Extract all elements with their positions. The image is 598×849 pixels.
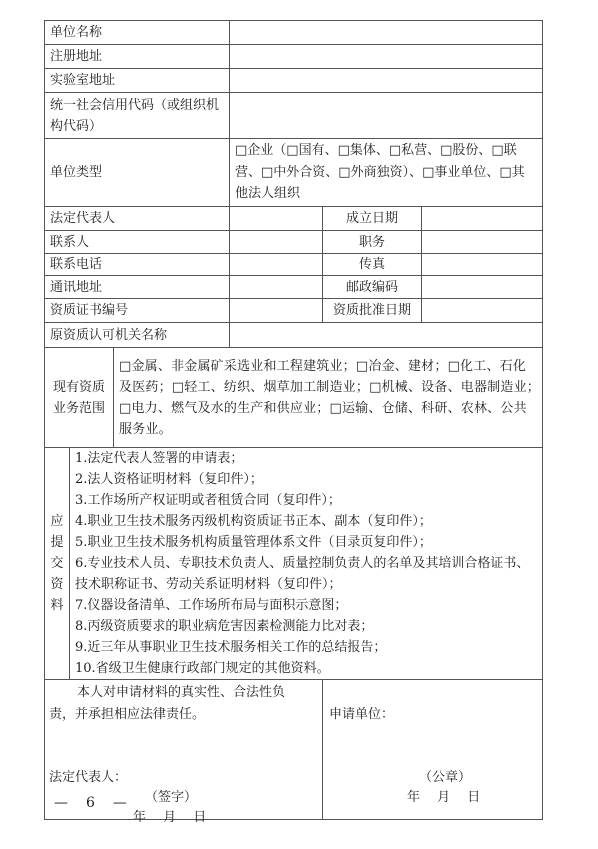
date-right: 年 月 日 bbox=[407, 787, 480, 808]
material-item: 2.法人资格证明材料（复印件）； bbox=[75, 469, 537, 490]
application-form-table: 单位名称 注册地址 实验室地址 统一社会信用代码（或组织机 构代码） 单位类型 … bbox=[44, 20, 543, 820]
materials-label-char: 料 bbox=[50, 595, 64, 616]
materials-label-char: 提 bbox=[50, 532, 64, 553]
field-legal-rep[interactable] bbox=[230, 207, 323, 231]
materials-label-char: 应 bbox=[50, 511, 64, 532]
sign-note: （签字） bbox=[145, 787, 197, 808]
label-cert-no: 资质证书编号 bbox=[45, 299, 230, 323]
material-item: 1.法定代表人签署的申请表； bbox=[75, 448, 537, 469]
page-number: — 6 — bbox=[54, 792, 129, 812]
unit-type-options[interactable]: □企业（□国有、□集体、□私营、□股份、□联 营、□中外合资、□外商独资）、□事… bbox=[230, 139, 543, 207]
materials-label-char: 资 bbox=[50, 574, 64, 595]
credit-code-line-2: 构代码） bbox=[50, 116, 224, 137]
label-reg-address: 注册地址 bbox=[45, 45, 230, 69]
field-lab-address[interactable] bbox=[230, 69, 543, 93]
material-item: 3.工作场所产权证明或者租赁合同（复印件）； bbox=[75, 490, 537, 511]
material-item: 5.职业卫生技术服务机构质量管理体系文件（目录页复印件）； bbox=[75, 532, 537, 553]
applicant-unit-label: 申请单位： bbox=[329, 704, 394, 725]
applicant-unit-seal[interactable]: 申请单位： （公章） 年 月 日 bbox=[323, 680, 543, 820]
legal-rep-signature-label: 法定代表人： bbox=[49, 767, 127, 788]
field-orig-authority[interactable] bbox=[230, 323, 543, 348]
unit-type-line-1[interactable]: □企业（□国有、□集体、□私营、□股份、□联 bbox=[235, 140, 537, 162]
field-unit-name[interactable] bbox=[230, 21, 543, 45]
label-required-materials: 应 提 交 资 料 bbox=[45, 448, 70, 680]
material-item: 8.丙级资质要求的职业病危害因素检测能力比对表； bbox=[75, 616, 537, 637]
label-fax: 传真 bbox=[323, 254, 422, 276]
label-lab-address: 实验室地址 bbox=[45, 69, 230, 93]
label-unit-name: 单位名称 bbox=[45, 21, 230, 45]
declaration-line-1: 本人对申请材料的真实性、合法性负 bbox=[77, 682, 285, 703]
field-position[interactable] bbox=[422, 231, 543, 254]
field-reg-address[interactable] bbox=[230, 45, 543, 69]
scope-label-line-1: 现有资质 bbox=[45, 377, 113, 398]
label-credit-code: 统一社会信用代码（或组织机 构代码） bbox=[45, 93, 230, 139]
label-phone: 联系电话 bbox=[45, 254, 230, 276]
field-mail-address[interactable] bbox=[230, 276, 323, 299]
label-legal-rep: 法定代表人 bbox=[45, 207, 230, 231]
field-credit-code[interactable] bbox=[230, 93, 543, 139]
material-item: 10.省级卫生健康行政部门规定的其他资料。 bbox=[75, 658, 537, 679]
unit-type-line-2[interactable]: 营、□中外合资、□外商独资）、□事业单位、□其 bbox=[235, 162, 537, 184]
material-item: 7.仪器设备清单、工作场所布局与面积示意图； bbox=[75, 595, 537, 616]
scope-line[interactable]: □电力、燃气及水的生产和供应业；□运输、仓储、科研、农林、公共 bbox=[119, 398, 537, 419]
material-item: 6.专业技术人员、专职技术负责人、质量控制负责人的名单及其培训合格证书、 bbox=[75, 553, 537, 574]
field-postcode[interactable] bbox=[422, 276, 543, 299]
label-position: 职务 bbox=[323, 231, 422, 254]
label-cert-date: 资质批准日期 bbox=[323, 299, 422, 323]
field-fax[interactable] bbox=[422, 254, 543, 276]
field-cert-date[interactable] bbox=[422, 299, 543, 323]
material-item: 4.职业卫生技术服务丙级机构资质证书正本、副本（复印件）； bbox=[75, 511, 537, 532]
field-contact[interactable] bbox=[230, 231, 323, 254]
scope-line[interactable]: 服务业。 bbox=[119, 419, 537, 440]
field-phone[interactable] bbox=[230, 254, 323, 276]
label-postcode: 邮政编码 bbox=[323, 276, 422, 299]
scope-label-line-2: 业务范围 bbox=[45, 398, 113, 419]
label-business-scope: 现有资质 业务范围 bbox=[45, 348, 114, 448]
label-orig-authority: 原资质认可机关名称 bbox=[45, 323, 230, 348]
date-left: 年 月 日 bbox=[133, 807, 206, 828]
label-mail-address: 通讯地址 bbox=[45, 276, 230, 299]
material-item: 9.近三年从事职业卫生技术服务相关工作的总结报告； bbox=[75, 637, 537, 658]
declaration-line-2: 责，并承担相应法律责任。 bbox=[49, 704, 205, 725]
field-established-date[interactable] bbox=[422, 207, 543, 231]
label-established-date: 成立日期 bbox=[323, 207, 422, 231]
materials-label-char: 交 bbox=[50, 553, 64, 574]
material-item: 技术职称证书、劳动关系证明材料（复印件）； bbox=[75, 574, 537, 595]
label-contact: 联系人 bbox=[45, 231, 230, 254]
unit-type-line-3[interactable]: 他法人组织 bbox=[235, 183, 537, 205]
credit-code-line-1: 统一社会信用代码（或组织机 bbox=[50, 95, 224, 116]
field-cert-no[interactable] bbox=[230, 299, 323, 323]
business-scope-options[interactable]: □金属、非金属矿采选业和工程建筑业；□冶金、建材；□化工、石化 及医药；□轻工、… bbox=[114, 348, 543, 448]
scope-line[interactable]: □金属、非金属矿采选业和工程建筑业；□冶金、建材；□化工、石化 bbox=[119, 356, 537, 377]
scope-line[interactable]: 及医药；□轻工、纺织、烟草加工制造业；□机械、设备、电器制造业； bbox=[119, 377, 537, 398]
required-materials-list: 1.法定代表人签署的申请表； 2.法人资格证明材料（复印件）； 3.工作场所产权… bbox=[70, 448, 543, 680]
label-unit-type: 单位类型 bbox=[45, 139, 230, 207]
seal-note: （公章） bbox=[419, 767, 471, 788]
